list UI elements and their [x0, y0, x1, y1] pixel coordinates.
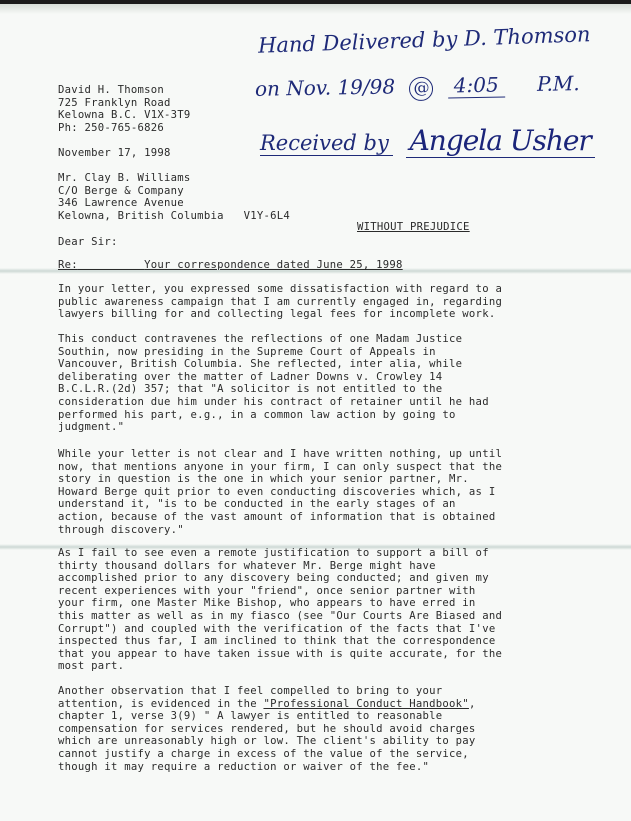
handwritten-delivery-note: Hand Delivered by D. Thomson	[258, 22, 591, 58]
handbook-title: "Professional Conduct Handbook"	[263, 698, 468, 710]
body-paragraph-1: In your letter, you expressed some dissa…	[58, 283, 578, 321]
sender-city: Kelowna B.C. V1X-3T9	[58, 109, 191, 122]
subject-line: Re: Your correspondence dated June 25, 1…	[58, 259, 403, 272]
recipient-company: C/O Berge & Company	[58, 185, 290, 198]
sender-phone: Ph: 250-765-6826	[58, 122, 191, 135]
letter-date: November 17, 1998	[58, 147, 171, 160]
signature: Angela Usher	[406, 124, 595, 158]
scan-smudge	[0, 4, 631, 14]
body-paragraph-2: This conduct contravenes the reflections…	[58, 333, 578, 434]
salutation: Dear Sir:	[58, 236, 118, 249]
recipient-name: Mr. Clay B. Williams	[58, 172, 290, 185]
body-paragraph-4: As I fail to see even a remote justifica…	[58, 547, 578, 673]
handwritten-delivery-time: on Nov. 19/98 @ 4:05 P.M.	[255, 71, 580, 104]
handwritten-time: 4:05	[448, 72, 505, 98]
subject-label: Re:	[58, 259, 78, 271]
circled-at-symbol: @	[409, 77, 433, 101]
body-paragraph-5: Another observation that I feel compelle…	[58, 685, 578, 773]
received-by-label: Received by	[260, 131, 393, 156]
recipient-address: Mr. Clay B. WilliamsC/O Berge & Company3…	[58, 172, 290, 222]
handwritten-date: on Nov. 19/98	[255, 74, 396, 100]
recipient-city: Kelowna, British Columbia V1Y-6L4	[58, 210, 290, 223]
sender-address: David H. Thomson725 Franklyn RoadKelowna…	[58, 84, 191, 134]
handwritten-received-by: Received by Angela Usher	[260, 124, 595, 157]
subject-text: Your correspondence dated June 25, 1998	[144, 259, 403, 271]
handwritten-pm: P.M.	[537, 71, 580, 96]
without-prejudice-notation: WITHOUT PREJUDICE	[357, 221, 470, 234]
recipient-street: 346 Lawrence Avenue	[58, 197, 290, 210]
body-paragraph-3: While your letter is not clear and I hav…	[58, 448, 578, 536]
sender-name: David H. Thomson	[58, 84, 191, 97]
sender-street: 725 Franklyn Road	[58, 97, 191, 110]
